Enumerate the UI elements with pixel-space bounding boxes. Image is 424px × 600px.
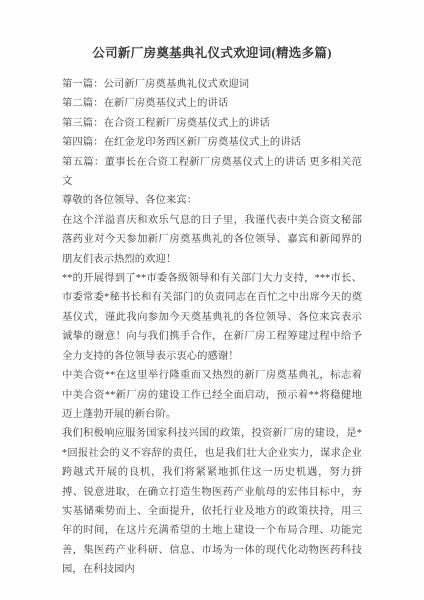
toc-item-5: 第五篇：董事长在合资工程新厂房奠基仪式上的讲话 更多相关范文	[62, 153, 362, 192]
toc-item-2: 第二篇：在新厂房奠基仪式上的讲话	[62, 94, 362, 113]
toc-item-3: 第三篇：在合资工程新厂房奠基仪式上的讲话	[62, 114, 362, 133]
paragraph-2: **的开展得到了**市委各级领导和有关部门大力支持，***市长、市委常委*秘书长…	[62, 269, 362, 366]
salutation: 尊敬的各位领导、各位来宾：	[62, 191, 362, 210]
paragraph-3: 中美合资**在这里举行隆重而又热烈的新厂房奠基典礼，标志着中美合资**新厂房的建…	[62, 366, 362, 424]
document-page: 公司新厂房奠基典礼仪式欢迎词(精选多篇) 第一篇：公司新厂房奠基典礼仪式欢迎词 …	[0, 0, 424, 600]
paragraph-4: 我们积极响应服务国家科技兴国的政策，投资新厂房的建设，是**回报社会的义不容辞的…	[62, 424, 362, 579]
toc-item-4: 第四篇：在红金龙印务西区新厂房奠基仪式上的讲话	[62, 133, 362, 152]
document-title: 公司新厂房奠基典礼仪式欢迎词(精选多篇)	[62, 44, 362, 62]
paragraph-1: 在这个洋溢喜庆和欢乐气息的日子里，我谨代表中美合资文秘部落药业对今天参加新厂房奠…	[62, 211, 362, 269]
document-body: 第一篇：公司新厂房奠基典礼仪式欢迎词 第二篇：在新厂房奠基仪式上的讲话 第三篇：…	[62, 75, 362, 580]
toc-item-1: 第一篇：公司新厂房奠基典礼仪式欢迎词	[62, 75, 362, 94]
